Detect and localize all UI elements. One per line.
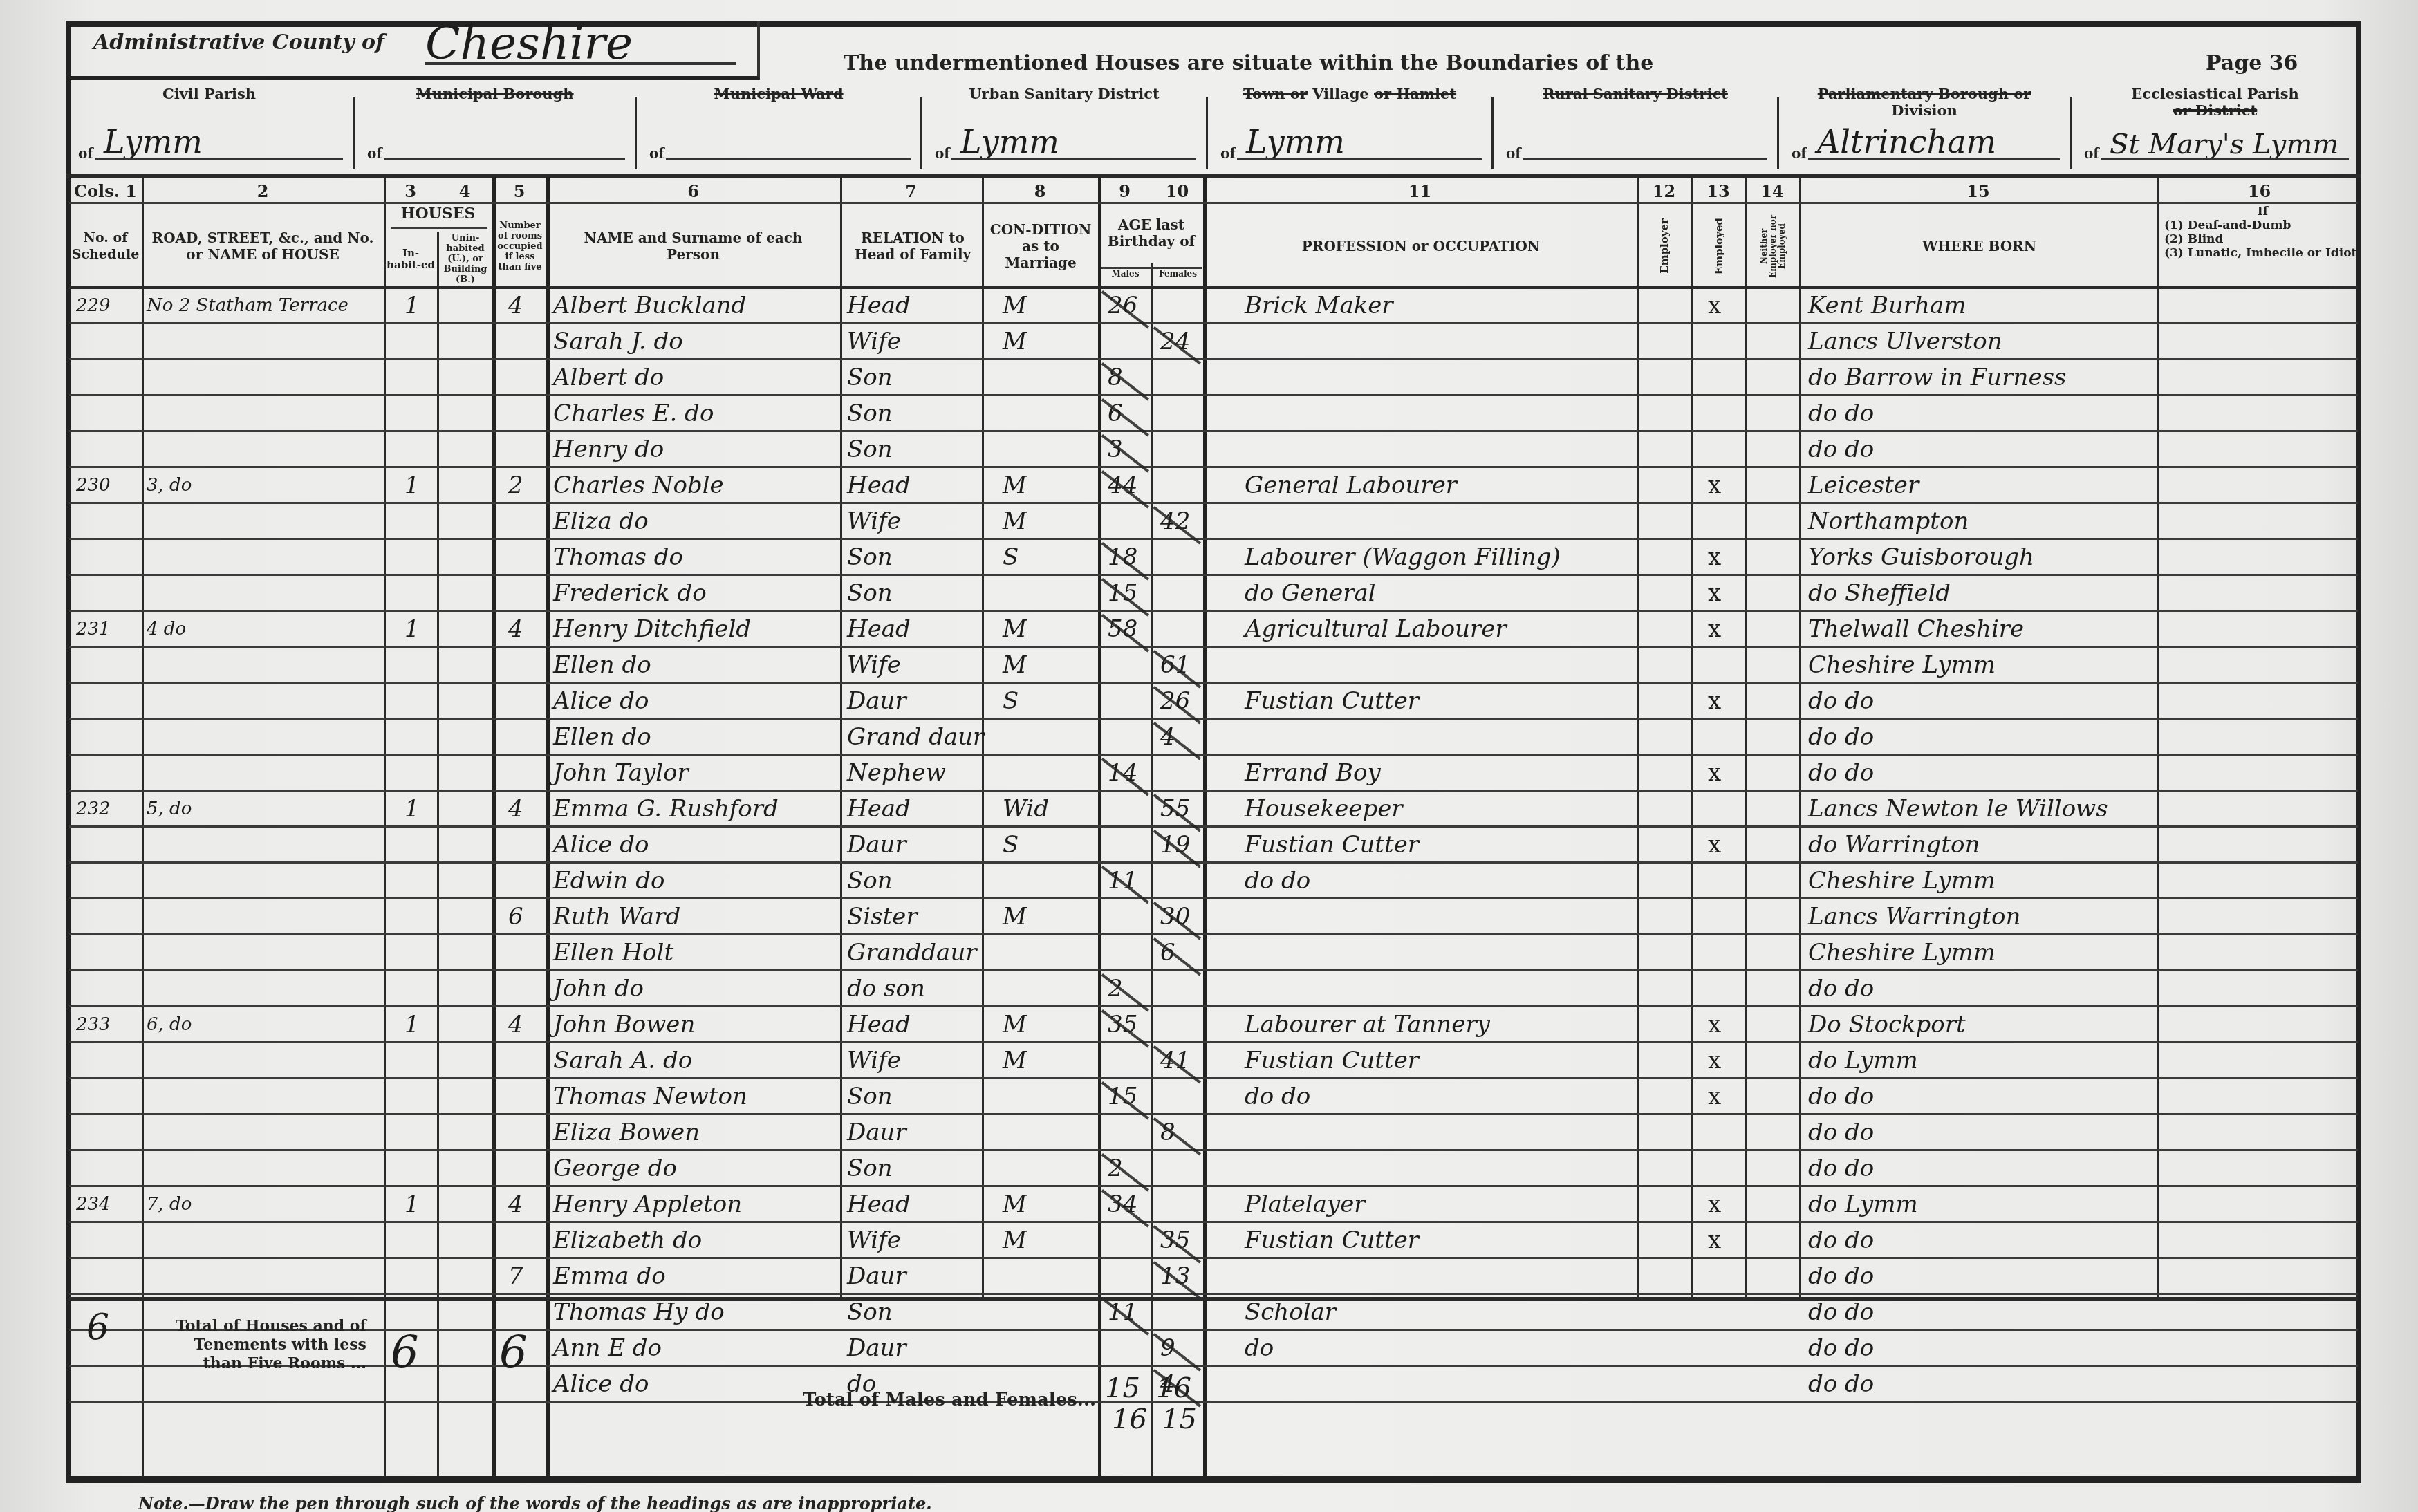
birthplace: do do: [1808, 683, 2154, 719]
males-tally: 16: [1112, 1403, 1147, 1435]
relation: Daur: [847, 1258, 978, 1294]
birthplace: do do: [1808, 1258, 2154, 1294]
persons-total-label: Total of Males and Females...: [698, 1390, 1096, 1410]
table-row: 229No 2 Statham Terrace14Albert Buckland…: [69, 288, 2358, 324]
district-value: Lymm: [104, 123, 203, 160]
birthplace: do do: [1808, 395, 2154, 431]
district-municipal-borough: Municipal Borough of: [355, 76, 635, 166]
relation: Wife: [847, 503, 978, 539]
schedule-number: [76, 647, 142, 683]
relation: Wife: [847, 647, 978, 683]
rule: [69, 202, 2358, 204]
inhabited-count: [404, 647, 432, 683]
males-total: 15: [1105, 1372, 1140, 1404]
houses-total-label: Total of Houses and of Tenements with le…: [159, 1317, 366, 1373]
person-name: Alice do: [553, 827, 837, 863]
birthplace: Cheshire Lymm: [1808, 935, 2154, 971]
occupation: [1245, 360, 1632, 395]
heading-name: NAME and Surname of each Person: [574, 205, 812, 288]
schedule-number: [76, 1079, 142, 1114]
occupation: General Labourer: [1245, 467, 1632, 503]
occupation: do do: [1245, 863, 1632, 899]
inhabited-count: 1: [404, 1186, 432, 1222]
heading-females: Females: [1153, 269, 1203, 279]
employed-mark: [1708, 324, 1736, 360]
marital-condition: M: [1003, 1043, 1092, 1079]
person-name: Alice do: [553, 683, 837, 719]
age-female: [1160, 971, 1202, 1007]
rooms-count: [508, 360, 543, 395]
district-label: Ecclesiastical Parishor District: [2072, 86, 2359, 119]
occupation: Errand Boy: [1245, 755, 1632, 791]
table-row: Eliza doWifeM42Northampton: [69, 503, 2358, 539]
relation: Nephew: [847, 755, 978, 791]
table-row: Thomas doSonS18Labourer (Waggon Filling)…: [69, 539, 2358, 575]
table-row: 6Ruth WardSisterM30Lancs Warrington: [69, 899, 2358, 935]
marital-condition: M: [1003, 1007, 1092, 1043]
age-male: [1108, 719, 1149, 755]
schedule-number: [76, 755, 142, 791]
employed-mark: x: [1708, 755, 1736, 791]
person-name: John do: [553, 971, 837, 1007]
occupation: [1245, 503, 1632, 539]
rooms-count: [508, 431, 543, 467]
inhabited-count: [404, 503, 432, 539]
heading-schedule: No. of Schedule: [69, 205, 142, 288]
schedule-number: [76, 1222, 142, 1258]
rooms-count: [508, 1114, 543, 1150]
address: [147, 647, 382, 683]
occupation: do General: [1245, 575, 1632, 611]
table-row: Ellen doWifeM61Cheshire Lymm: [69, 647, 2358, 683]
district-of: of: [2084, 145, 2099, 162]
table-row: 2303, do12Charles NobleHeadM44General La…: [69, 467, 2358, 503]
age-male: 3: [1108, 431, 1149, 467]
address: 5, do: [147, 791, 382, 827]
inhabited-count: [404, 1150, 432, 1186]
district-of: of: [367, 145, 382, 162]
females-total: 16: [1156, 1372, 1191, 1404]
employed-mark: [1708, 1114, 1736, 1150]
employed-mark: [1708, 395, 1736, 431]
relation: Head: [847, 467, 978, 503]
employed-mark: [1708, 1258, 1736, 1294]
page-number: Page 36: [2206, 51, 2298, 75]
employed-mark: x: [1708, 683, 1736, 719]
table-row: Frederick doSon15do Generalxdo Sheffield: [69, 575, 2358, 611]
district-urban-sanitary: Urban Sanitary District of Lymm: [922, 76, 1206, 166]
person-name: John Taylor: [553, 755, 837, 791]
occupation: Brick Maker: [1245, 288, 1632, 324]
employed-mark: x: [1708, 827, 1736, 863]
heading-employed: Employed: [1693, 205, 1745, 288]
inhabited-total: 6: [391, 1327, 419, 1379]
relation: Son: [847, 1150, 978, 1186]
district-rule: [384, 158, 625, 160]
heading-relation: RELATION to Head of Family: [847, 205, 978, 288]
address: [147, 575, 382, 611]
person-name: Frederick do: [553, 575, 837, 611]
admin-county-label: Administrative County of: [93, 30, 384, 55]
heading-where-born: WHERE BORN: [1805, 205, 2154, 288]
address: [147, 1222, 382, 1258]
birthplace: Lancs Ulverston: [1808, 324, 2154, 360]
inhabited-count: [404, 719, 432, 755]
relation: Wife: [847, 1222, 978, 1258]
heading-infirmity: If (1) Deaf-and-Dumb (2) Blind (3) Lunat…: [2164, 205, 2361, 260]
schedule-number: [76, 899, 142, 935]
age-male: 35: [1108, 1007, 1149, 1043]
birthplace: Cheshire Lymm: [1808, 647, 2154, 683]
district-rule: [1523, 158, 1767, 160]
age-female: 35: [1160, 1222, 1202, 1258]
table-row: Ellen HoltGranddaur6Cheshire Lymm: [69, 935, 2358, 971]
age-female: [1160, 539, 1202, 575]
table-row: 2347, do14Henry AppletonHeadM34Platelaye…: [69, 1186, 2358, 1222]
employed-mark: [1708, 503, 1736, 539]
employed-mark: [1708, 431, 1736, 467]
age-female: [1160, 575, 1202, 611]
heading-address: ROAD, STREET, &c., and No. or NAME of HO…: [149, 205, 377, 288]
age-female: 8: [1160, 1114, 1202, 1150]
district-label: Municipal Borough: [355, 86, 635, 102]
label-part: Village: [1312, 85, 1369, 102]
occupation: [1245, 395, 1632, 431]
rooms-count: 4: [508, 1007, 543, 1043]
marital-condition: [1003, 971, 1092, 1007]
age-male: 44: [1108, 467, 1149, 503]
relation: Daur: [847, 1114, 978, 1150]
rooms-count: [508, 647, 543, 683]
address: [147, 324, 382, 360]
rooms-count: [508, 1079, 543, 1114]
district-civil-parish: Civil Parish of Lymm: [66, 76, 353, 166]
relation: Son: [847, 360, 978, 395]
birthplace: Yorks Guisborough: [1808, 539, 2154, 575]
marital-condition: [1003, 395, 1092, 431]
person-name: Emma do: [553, 1258, 837, 1294]
age-female: 42: [1160, 503, 1202, 539]
heading-age: AGE last Birthday of: [1101, 202, 1202, 264]
district-value: Altrincham: [1817, 123, 1996, 160]
admin-county-rule: [425, 62, 736, 65]
occupation: [1245, 719, 1632, 755]
inhabited-count: [404, 324, 432, 360]
inhabited-count: 1: [404, 467, 432, 503]
person-name: Ellen do: [553, 719, 837, 755]
district-rural-sanitary: Rural Sanitary District of: [1494, 76, 1777, 166]
birthplace: do Lymm: [1808, 1043, 2154, 1079]
rule: [69, 1297, 2358, 1301]
age-male: 15: [1108, 1079, 1149, 1114]
age-male: [1108, 683, 1149, 719]
schedule-number: [76, 395, 142, 431]
district-value: St Mary's Lymm: [2110, 129, 2338, 160]
marital-condition: M: [1003, 288, 1092, 324]
heading-occupation: PROFESSION or OCCUPATION: [1210, 205, 1632, 288]
marital-condition: M: [1003, 1222, 1092, 1258]
age-male: 8: [1108, 360, 1149, 395]
age-female: 6: [1160, 935, 1202, 971]
person-name: Charles Noble: [553, 467, 837, 503]
occupation: [1245, 431, 1632, 467]
label-part-struck: Town or: [1243, 85, 1308, 102]
rule: [66, 174, 2361, 178]
inhabited-count: [404, 827, 432, 863]
relation: Son: [847, 575, 978, 611]
age-female: [1160, 395, 1202, 431]
district-of: of: [1792, 145, 1807, 162]
schedule-number: 230: [76, 467, 142, 503]
age-male: 11: [1108, 863, 1149, 899]
district-value: Lymm: [1246, 123, 1345, 160]
age-male: [1108, 827, 1149, 863]
person-name: Ann E do: [553, 1330, 837, 1366]
address: [147, 360, 382, 395]
address: 7, do: [147, 1186, 382, 1222]
rooms-total: 6: [499, 1327, 528, 1379]
age-male: [1108, 791, 1149, 827]
schedule-number: [76, 324, 142, 360]
schedule-number: [76, 719, 142, 755]
inhabited-count: [404, 755, 432, 791]
relation: Granddaur: [847, 935, 978, 971]
rooms-count: [508, 719, 543, 755]
person-name: John Bowen: [553, 1007, 837, 1043]
table-row: John TaylorNephew14Errand Boyxdo do: [69, 755, 2358, 791]
occupation: [1245, 935, 1632, 971]
rooms-count: [508, 1222, 543, 1258]
age-male: 15: [1108, 575, 1149, 611]
relation: Head: [847, 791, 978, 827]
district-municipal-ward: Municipal Ward of: [637, 76, 920, 166]
table-row: Elizabeth doWifeM35Fustian Cutterxdo do: [69, 1222, 2358, 1258]
district-rule: [95, 158, 343, 160]
rooms-count: 6: [508, 899, 543, 935]
heading-employer-text: Employer: [1659, 218, 1671, 274]
birthplace: do Barrow in Furness: [1808, 360, 2154, 395]
schedule-number: 233: [76, 1007, 142, 1043]
birthplace: do do: [1808, 431, 2154, 467]
schedule-number: [76, 863, 142, 899]
relation: Son: [847, 431, 978, 467]
relation: Daur: [847, 683, 978, 719]
relation: Head: [847, 1007, 978, 1043]
employed-mark: [1708, 719, 1736, 755]
person-name: Emma G. Rushford: [553, 791, 837, 827]
heading-uninhabited: Unin-habited (U.), or Building (B.): [438, 228, 492, 289]
marital-condition: [1003, 755, 1092, 791]
birthplace: do do: [1808, 1366, 2154, 1402]
marital-condition: [1003, 863, 1092, 899]
infirmity-2: (2) Blind: [2164, 232, 2361, 246]
district-label: Municipal Ward: [637, 86, 920, 102]
rooms-count: 4: [508, 288, 543, 324]
relation: Head: [847, 1186, 978, 1222]
age-female: 26: [1160, 683, 1202, 719]
district-of: of: [649, 145, 664, 162]
address: [147, 971, 382, 1007]
relation: Son: [847, 395, 978, 431]
marital-condition: [1003, 1150, 1092, 1186]
address: [147, 503, 382, 539]
marital-condition: [1003, 1114, 1092, 1150]
person-name: Sarah J. do: [553, 324, 837, 360]
birthplace: do Sheffield: [1808, 575, 2154, 611]
age-female: [1160, 1007, 1202, 1043]
age-female: [1160, 288, 1202, 324]
employed-mark: x: [1708, 539, 1736, 575]
employed-mark: [1708, 1330, 1736, 1366]
address: [147, 1079, 382, 1114]
occupation: Fustian Cutter: [1245, 1043, 1632, 1079]
rooms-count: [508, 683, 543, 719]
birthplace: do do: [1808, 971, 2154, 1007]
table-row: Thomas NewtonSon15do doxdo do: [69, 1079, 2358, 1114]
age-male: 18: [1108, 539, 1149, 575]
table-row: Eliza BowenDaur8do do: [69, 1114, 2358, 1150]
birthplace: Northampton: [1808, 503, 2154, 539]
marital-condition: [1003, 1258, 1092, 1294]
occupation: Fustian Cutter: [1245, 827, 1632, 863]
inhabited-count: [404, 1079, 432, 1114]
person-name: Thomas Newton: [553, 1079, 837, 1114]
district-label: Town or Village or Hamlet: [1208, 86, 1491, 102]
district-rule: [1237, 158, 1482, 160]
admin-county-box: Administrative County of Cheshire: [66, 21, 760, 80]
rooms-count: [508, 755, 543, 791]
inhabited-count: [404, 539, 432, 575]
table-row: Charles E. doSon6do do: [69, 395, 2358, 431]
row-rule: [69, 1401, 2358, 1403]
age-male: 6: [1108, 395, 1149, 431]
relation: Grand daur: [847, 719, 978, 755]
occupation: [1245, 1258, 1632, 1294]
birthplace: Kent Burham: [1808, 288, 2154, 324]
birthplace: do Lymm: [1808, 1186, 2154, 1222]
table-row: Henry doSon3do do: [69, 431, 2358, 467]
person-name: Ellen do: [553, 647, 837, 683]
schedule-number: [76, 575, 142, 611]
address: 3, do: [147, 467, 382, 503]
address: [147, 431, 382, 467]
person-name: Albert Buckland: [553, 288, 837, 324]
birthplace: do do: [1808, 719, 2154, 755]
district-label: Rural Sanitary District: [1494, 86, 1777, 102]
person-name: Elizabeth do: [553, 1222, 837, 1258]
inhabited-count: 1: [404, 288, 432, 324]
relation: Sister: [847, 899, 978, 935]
rooms-count: 4: [508, 791, 543, 827]
age-female: [1160, 863, 1202, 899]
employed-mark: [1708, 1150, 1736, 1186]
schedule-number: [76, 1150, 142, 1186]
marital-condition: M: [1003, 324, 1092, 360]
age-male: [1108, 1330, 1149, 1366]
inhabited-count: [404, 1114, 432, 1150]
employed-mark: [1708, 647, 1736, 683]
inhabited-count: 1: [404, 791, 432, 827]
person-name: Albert do: [553, 360, 837, 395]
marital-condition: [1003, 1330, 1092, 1366]
relation: Head: [847, 611, 978, 647]
age-female: 41: [1160, 1043, 1202, 1079]
rooms-count: [508, 1043, 543, 1079]
person-name: Henry Ditchfield: [553, 611, 837, 647]
rooms-count: 4: [508, 1186, 543, 1222]
marital-condition: [1003, 719, 1092, 755]
label-part-struck: Parliamentary Borough or: [1818, 85, 2031, 102]
age-female: [1160, 611, 1202, 647]
schedule-number: [76, 1366, 142, 1402]
rooms-count: [508, 395, 543, 431]
rooms-count: 2: [508, 467, 543, 503]
heading-neither-text: Neither Employer nor Employed: [1760, 207, 1787, 286]
marital-condition: S: [1003, 827, 1092, 863]
schedule-number: [76, 935, 142, 971]
occupation: [1245, 324, 1632, 360]
address: [147, 827, 382, 863]
birthplace: Lancs Warrington: [1808, 899, 2154, 935]
marital-condition: [1003, 360, 1092, 395]
schedule-number: [76, 827, 142, 863]
intro-text: The undermentioned Houses are situate wi…: [844, 51, 1653, 75]
occupation: [1245, 899, 1632, 935]
table-row: 2336, do14John BowenHeadM35Labourer at T…: [69, 1007, 2358, 1043]
employed-mark: [1708, 1366, 1736, 1402]
age-male: [1108, 1222, 1149, 1258]
heading-rooms: Number of rooms occupied if less than fi…: [494, 205, 546, 288]
employed-mark: x: [1708, 1043, 1736, 1079]
marital-condition: M: [1003, 899, 1092, 935]
age-male: [1108, 1258, 1149, 1294]
table-row: 7Emma doDaur13do do: [69, 1258, 2358, 1294]
age-female: 55: [1160, 791, 1202, 827]
schedule-number: [76, 1258, 142, 1294]
table-row: George doSon2do do: [69, 1150, 2358, 1186]
birthplace: do do: [1808, 1330, 2154, 1366]
employed-mark: x: [1708, 575, 1736, 611]
schedule-number: [76, 503, 142, 539]
schedule-number: [76, 360, 142, 395]
occupation: Fustian Cutter: [1245, 683, 1632, 719]
inhabited-count: [404, 431, 432, 467]
employed-mark: [1708, 935, 1736, 971]
marital-condition: M: [1003, 647, 1092, 683]
occupation: Fustian Cutter: [1245, 1222, 1632, 1258]
heading-employed-text: Employed: [1713, 218, 1725, 274]
age-male: [1108, 1043, 1149, 1079]
employed-mark: x: [1708, 467, 1736, 503]
table-row: Edwin doSon11do doCheshire Lymm: [69, 863, 2358, 899]
address: [147, 683, 382, 719]
rooms-count: [508, 1150, 543, 1186]
inhabited-count: [404, 1258, 432, 1294]
district-label: Civil Parish: [66, 86, 353, 102]
person-name: Ruth Ward: [553, 899, 837, 935]
rooms-count: [508, 324, 543, 360]
employed-mark: x: [1708, 1222, 1736, 1258]
marital-condition: M: [1003, 467, 1092, 503]
birthplace: do do: [1808, 1079, 2154, 1114]
employed-mark: x: [1708, 288, 1736, 324]
age-male: [1108, 324, 1149, 360]
address: No 2 Statham Terrace: [147, 288, 382, 324]
employed-mark: [1708, 863, 1736, 899]
employed-mark: [1708, 360, 1736, 395]
relation: Daur: [847, 1330, 978, 1366]
heading-houses: HOUSES: [384, 205, 492, 223]
